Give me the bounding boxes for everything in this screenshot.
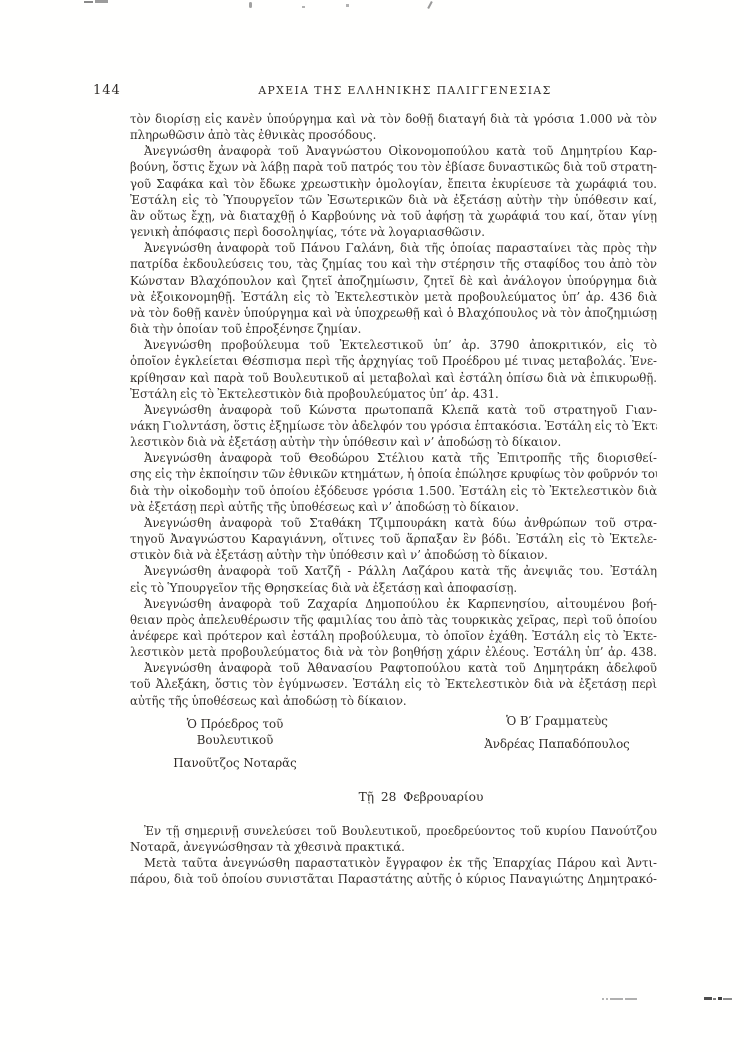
text-line: Ἀνεγνώσθη ἀναφορὰ τοῦ Σταθάκη Τζιμπουράκ… — [130, 515, 657, 531]
text-line: βούνη, ὅστις ἔχων νὰ λάβῃ παρὰ τοῦ πατρό… — [130, 159, 657, 175]
text-line: Ἀνεγνώσθη προβούλευμα τοῦ Ἐκτελεστικοῦ ὑ… — [130, 337, 657, 353]
scan-artifact — [427, 1, 433, 9]
text-line: θειαν πρὸς ἀπελευθέρωσιν τῆς φαμιλίας το… — [130, 612, 657, 628]
scan-artifact — [713, 998, 716, 1000]
text-line: Ἀνεγνώσθη ἀναφορὰ τοῦ Πάνου Γαλάνη, διὰ … — [130, 240, 657, 256]
session-text-block: Ἐν τῇ σημερινῇ συνελεύσει τοῦ Βουλευτικο… — [130, 823, 657, 888]
text-line: Ἐν τῇ σημερινῇ συνελεύσει τοῦ Βουλευτικο… — [130, 823, 657, 839]
text-line: διὰ τὴν οἰκοδομὴν τοῦ ὁποίου ἐξόδευσε γρ… — [130, 483, 657, 499]
text-line: ἀνέφερε καὶ πρότερον καὶ ἐστάλη προβούλε… — [130, 628, 657, 644]
scan-artifact — [84, 1, 93, 3]
signature-role: Ὁ Β′ Γραμματεὺς — [478, 713, 636, 729]
text-line: γοῦ Σαφάκα καὶ τὸν ἔδωκε χρεωστικὴν ὁμολ… — [130, 176, 657, 192]
text-line: διὰ τὴν ὁποίαν τοῦ ἐπροξένησε ζημίαν. — [130, 321, 657, 337]
text-line: Ἐστάλη εἰς τὸ Ἐκτελεστικὸν διὰ προβουλεύ… — [130, 386, 657, 402]
text-line: Κώνσταν Βλαχόπουλον καὶ ζητεῖ ἀποζημίωσι… — [130, 273, 657, 289]
session-date-heading: Τῇ 28 Φεβρουαρίου — [261, 790, 581, 804]
text-line: εἰς τὸ Ὑπουργεῖον τῆς Θρησκείας διὰ νὰ ἐ… — [130, 580, 657, 596]
minutes-text-block: τὸν διορίσῃ εἰς κανὲν ὑπούργημα καὶ νὰ τ… — [130, 111, 657, 709]
scan-artifact — [346, 4, 349, 7]
page-number: 144 — [93, 83, 121, 98]
running-head: 144 ΑΡΧΕΙΑ ΤΗΣ ΕΛΛΗΝΙΚΗΣ ΠΑΛΙΓΓΕΝΕΣΙΑΣ — [0, 82, 744, 100]
text-line: πατρίδα ἐκδουλεύσεις του, τὰς ζημίας του… — [130, 256, 657, 272]
scan-artifact — [610, 998, 623, 1000]
text-line: τηγοῦ Ἀναγνώστου Καραγιάννη, οἵτινες τοῦ… — [130, 531, 657, 547]
text-line: Ἀνεγνώσθη ἀναφορὰ τοῦ Θεοδώρου Στέλιου κ… — [130, 450, 657, 466]
signature-name: Πανοῦτζος Νοταρᾶς — [160, 755, 310, 771]
text-line: τοῦ Ἀλεξάκη, ὅστις τὸν ἐγύμνωσεν. Ἐστάλη… — [130, 676, 657, 692]
text-line: γενικὴ ἀπόφασις περὶ δοσοληψίας, τότε νὰ… — [130, 224, 657, 240]
scan-artifact — [602, 998, 604, 1000]
text-line: αὐτῆς τῆς ὑποθέσεως καὶ ἀποδώσῃ τὸ δίκαι… — [130, 693, 657, 709]
text-line: Ἀνεγνώσθη ἀναφορὰ τοῦ Χατζῆ - Ράλλη Λαζά… — [130, 563, 657, 579]
signature-president: Ὁ Πρόεδρος τοῦ Βουλευτικοῦ Πανοῦτζος Νοτ… — [160, 716, 310, 771]
scan-artifact — [718, 997, 722, 1000]
page-header-title: ΑΡΧΕΙΑ ΤΗΣ ΕΛΛΗΝΙΚΗΣ ΠΑΛΙΓΓΕΝΕΣΙΑΣ — [245, 84, 565, 97]
text-line: τὸν διορίσῃ εἰς κανὲν ὑπούργημα καὶ νὰ τ… — [130, 111, 657, 127]
scanned-document-page: 144 ΑΡΧΕΙΑ ΤΗΣ ΕΛΛΗΝΙΚΗΣ ΠΑΛΙΓΓΕΝΕΣΙΑΣ τ… — [0, 0, 744, 1052]
scan-artifact — [723, 998, 732, 1000]
text-line: στικὸν διὰ νὰ ἐξετάσῃ αὐτὴν τὴν ὑπόθεσιν… — [130, 547, 657, 563]
scan-artifact — [302, 6, 305, 8]
text-line: Νοταρᾶ, ἀνεγνώσθησαν τὰ χθεσινὰ πρακτικά… — [130, 839, 657, 855]
signature-name: Ἀνδρέας Παπαδόπουλος — [478, 736, 636, 752]
text-line: λεστικὸν μετὰ προβουλεύματος διὰ νὰ τὸν … — [130, 644, 657, 660]
text-line: νὰ ἐξοικονομηθῇ. Ἐστάλη εἰς τὸ Ἐκτελεστι… — [130, 289, 657, 305]
scan-artifact — [249, 2, 252, 8]
scan-artifact — [606, 998, 608, 1000]
scan-artifact — [95, 0, 108, 3]
text-line: Ἀνεγνώσθη ἀναφορὰ τοῦ Ἀναγνώστου Οἰκονομ… — [130, 143, 657, 159]
scan-artifact — [704, 997, 712, 1000]
text-line: ὁποῖον ἐγκλείεται Θέσπισμα περὶ τῆς ἀρχη… — [130, 353, 657, 369]
signature-role: Ὁ Πρόεδρος τοῦ Βουλευτικοῦ — [160, 716, 310, 748]
text-line: Ἀνεγνώσθη ἀναφορὰ τοῦ Κώνστα πρωτοπαπᾶ Κ… — [130, 402, 657, 418]
scan-artifact — [625, 998, 637, 1000]
text-line: ἂν οὕτως ἔχῃ, νὰ διαταχθῇ ὁ Καρβούνης νὰ… — [130, 208, 657, 224]
text-line: πάρου, διὰ τοῦ ὁποίου συνιστᾶται Παραστά… — [130, 871, 657, 887]
text-line: Ἐστάλη εἰς τὸ Ὑπουργεῖον τῶν Ἐσωτερικῶν … — [130, 192, 657, 208]
text-line: νὰ ἐξετάσῃ περὶ αὐτῆς τῆς ὑποθέσεως καὶ … — [130, 499, 657, 515]
text-line: λεστικὸν διὰ νὰ ἐξετάσῃ αὐτὴν τὴν ὑπόθεσ… — [130, 434, 657, 450]
text-line: σης εἰς τὴν ἐκποίησιν τῶν ἐθνικῶν κτημάτ… — [130, 466, 657, 482]
text-line: κρίθησαν καὶ παρὰ τοῦ Βουλευτικοῦ αἱ μετ… — [130, 370, 657, 386]
text-line: νὰ τὸν δοθῇ κανὲν ὑπούργημα καὶ νὰ ὑποχρ… — [130, 305, 657, 321]
text-line: Ἀνεγνώσθη ἀναφορὰ τοῦ Ἀθανασίου Ραφτοπού… — [130, 660, 657, 676]
text-line: Μετὰ ταῦτα ἀνεγνώσθη παραστατικὸν ἔγγραφ… — [130, 855, 657, 871]
text-line: Ἀνεγνώσθη ἀναφορὰ τοῦ Ζαχαρία Δημοπούλου… — [130, 596, 657, 612]
text-line: νάκη Γιολντάση, ὅστις ἐξημίωσε τὸν ἀδελφ… — [130, 418, 657, 434]
signature-secretary: Ὁ Β′ Γραμματεὺς Ἀνδρέας Παπαδόπουλος — [478, 713, 636, 752]
text-line: πληρωθῶσιν ἀπὸ τὰς ἐθνικὰς προσόδους. — [130, 127, 657, 143]
